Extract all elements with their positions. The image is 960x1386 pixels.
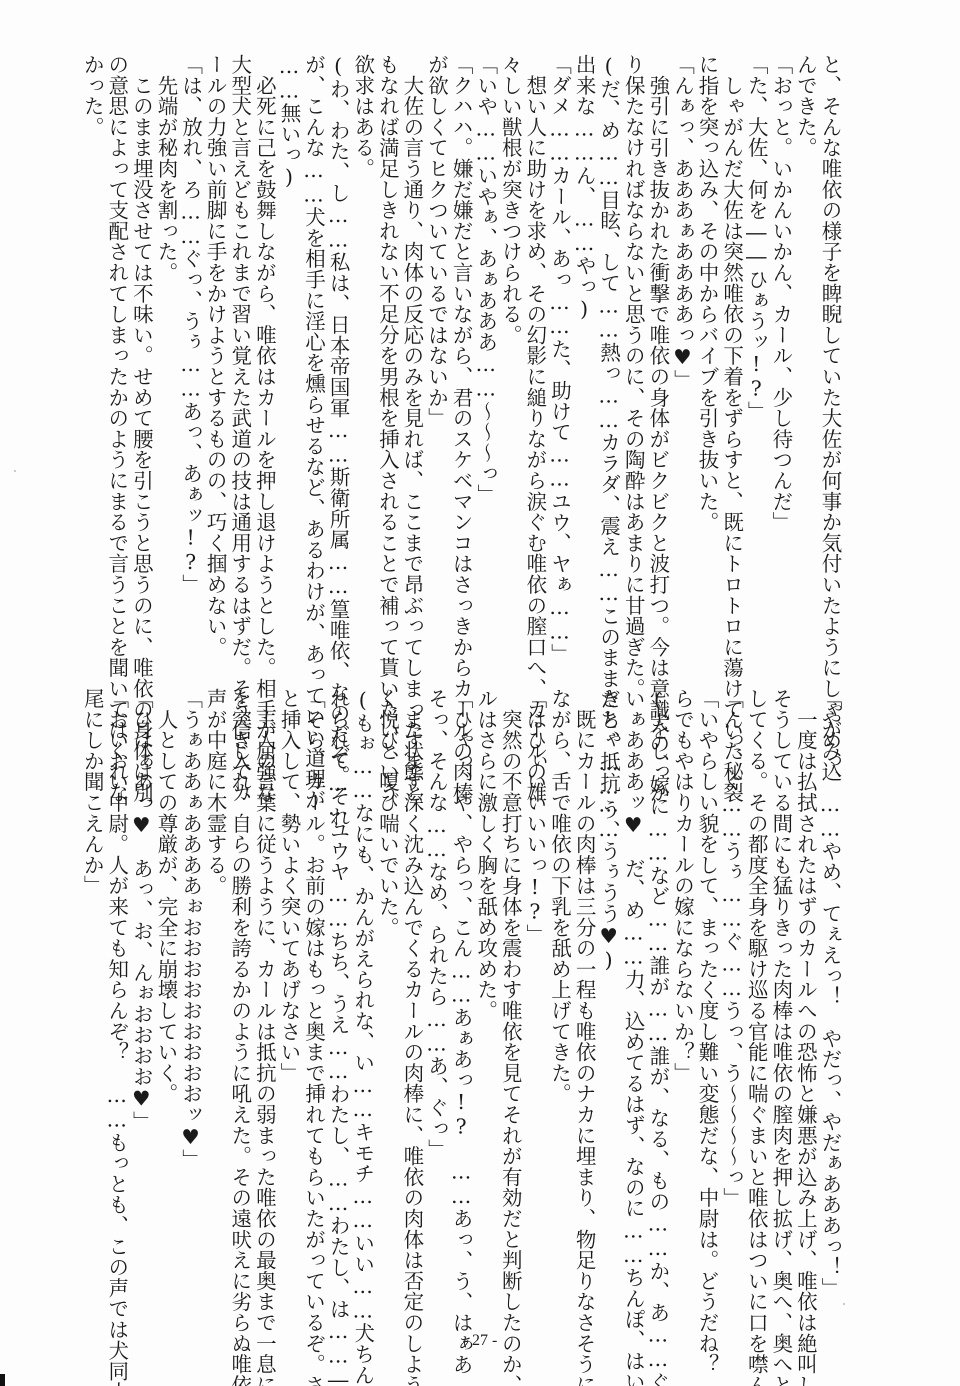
text-column: かった。 [80,54,105,674]
text-column: (もぉ……なにも、かんがえられな、い……キモチ……いい……犬ちんぽ……い [350,688,375,1316]
scan-dust [843,1303,845,1305]
text-column: 想い人に助けを求め、その幻影に縋りながら涙ぐむ唯依の膣口へ、カールの雄 [522,54,547,674]
text-column: 声が中庭に木霊する。 [203,688,228,1316]
text-column: 「ダメ……カール、あっ……た、助けて……ユウ、ヤぁ……」 [547,54,572,674]
text-column: 「ひゃっ、や、やらっ、こん……あぁあっ!? ……あっ、う、はぁあ……♥ [449,688,474,1316]
text-column: が欲しくてヒクついているではないか」 [424,54,449,674]
text-column: もなれば満足しきれない不足分を男根を挿入されることで補って貰いたいという [375,54,400,674]
text-column: の意思によって支配されてしまったかのようにまるで言うことを聞いてはくれな [104,54,129,674]
text-column: 々しい獣根が突きつけられる。 [498,54,523,674]
text-column: いぁあああッ♥ だ、め……力、込めてるはず、なのに……ちんぽ、はいって [621,688,646,1316]
text-column: に指を突っ込み、その中からバイブを引き抜いた。 [694,54,719,674]
text-column: らでもやはりカールの嫁にならないか？」 [670,688,695,1316]
text-column: 一度は払拭されたはずのカールへの恐怖と嫌悪が込み上げ、唯依は絶叫した。 [793,688,818,1316]
text-column: (わ、わた、し……私は、日本帝国軍……斯衛所属……篁唯依、なのだぞ。それ [326,54,351,674]
lower-text-block: 「やめっ、……やめ、てぇえっ！ やだっ、やだぁあああっ！」 一度は払拭されたはず… [142,688,842,1316]
text-column: (だ、め……目眩、して……熱っ……カラダ、震え……このままだと、抵抗…… [596,54,621,674]
text-column: 「んっ、ぐ……うぅ……ぐ……うっ、う〜〜〜〜っ」 [719,688,744,1316]
text-column: 「うぁああぁああああぉおおおおおおおおおッ♥」 [178,688,203,1316]
text-column: が、こんな……犬を相手に淫心を燻らせるなど、あるわけが、あっていい道理が [301,54,326,674]
text-column: そっ、そんな……なめ、られたら……あ、ぐっ」 [424,688,449,1316]
text-column: 欲求はある。 [350,54,375,674]
text-column: そうしている間にも猛りきった肉棒は唯依の膣肉を押し拡げ、奥へ、奥へと侵入 [768,688,793,1316]
text-column: きちゃ……う、うぅうう♥) [596,688,621,1316]
text-column: ……無いっ) [276,54,301,674]
text-column: 大佐の言う通り、肉体の反応のみを見れば、ここまで昂ぶってしまった状態と [399,54,424,674]
text-column: 出来な……ん、……やっ) [571,54,596,674]
text-column: 既にカールの肉棒は三分の一程も唯依のナカに埋まり、物足りなさそうに鳴き [571,688,596,1316]
text-column: と、そんな唯依の様子を睥睨していた大佐が何事か気付いたようにしゃがみ込 [817,54,842,674]
text-column: 大型犬と言えどもこれまで習い覚えた武道の技は通用するはずだ。そう信じてカ [227,54,252,674]
upper-text-block: と、そんな唯依の様子を睥睨していた大佐が何事か気付いたようにしゃがみ込 んできた… [142,54,842,674]
text-column: んできた。 [793,54,818,674]
text-column: 「ひはぁあっ♥ あっ、お、んぉおおおお♥」 [129,688,154,1316]
text-column: ながら、舌で唯依の下乳を舐め上げてきた。 [547,688,572,1316]
text-column: 「んぁっ、あああぁああああっ♥」 [670,54,695,674]
text-column: 「クハハ。嫌だ嫌だと言いながら、君のスケベマンコはさっきからカールの肉棒 [449,54,474,674]
text-column: 「は、放れ、ろ……ぐっ、うぅ……あっ、あぁッ!?」 [178,54,203,674]
text-column: 突然の不意打ちに身体を震わす唯依を見てそれが有効だと判断したのか、カー [498,688,523,1316]
text-column: く悦び、嗄び喘いでいた。 [375,688,400,1316]
text-column: (犬の、嫁に……など……誰が……誰が、なる、もの……か、あ……ぐ、ひぃい [645,688,670,1316]
text-column: 強引に引き抜かれた衝撃で唯依の身体がビクビクと波打つ。今は意識をしっか [645,54,670,674]
text-column: 「いや……いやぁ、あぁあああ……〜〜〜っ」 [473,54,498,674]
text-column: 「そら、カール。お前の嫁はもっと奥まで挿れてもらいたがっているぞ。さっさ [301,688,326,1316]
text-column: してくる。その都度全身を駆け巡る官能に喘ぐまいと唯依はついに口を噤んだ。 [744,688,769,1316]
text-column: 「た、大佐、何を――ひぁうッ!?」 [744,54,769,674]
text-column: ールの力強い前脚に手をかけようとするものの、巧く掴めない。 [203,54,228,674]
text-column: 尾にしか聞こえんか」 [80,688,105,1316]
page-number: - 27 - [0,1332,960,1350]
text-column: れられて……ユウヤ……ちち、うえ……わたし、……わたし、は……――) [326,688,351,1316]
scan-dust [14,470,16,472]
text-column: ますます深く沈み込んでくるカールの肉棒に、唯依の肉体は否定のしようもな [399,688,424,1316]
text-column: 「やめっ、……やめ、てぇえっ！ やだっ、やだぁあああっ！」 [817,688,842,1316]
text-column: を突き入れ、自らの勝利を誇るかのように吼えた。その遠吠えに劣らぬ唯依の嬌 [227,688,252,1316]
text-column: ルはさらに激しく胸を舐め攻めた。 [473,688,498,1316]
text-column: このまま埋没させては不味い。せめて腰を引こうと思うのに、唯依の身体は別 [129,54,154,674]
text-column: 必死に己を鼓舞しながら、唯依はカールを押し退けようとした。相手が屈強な [252,54,277,674]
text-column: 主人の言葉に従うように、カールは抵抗の弱まった唯依の最奥まで一息に肉棒 [252,688,277,1316]
text-column: 先端が秘肉を割った。 [153,54,178,674]
scan-edge-mark [0,1374,5,1386]
text-column: しゃがんだ大佐は突然唯依の下着をずらすと、既にトロトロに蕩けていた秘裂 [719,54,744,674]
text-column: 「おっと。いかんいかん、カール、少し待つんだ」 [768,54,793,674]
text-column: と挿入して、勢いよく突いてあげなさい」 [276,688,301,1316]
text-column: 人としての尊厳が、完全に崩壊していく。 [153,688,178,1316]
text-column: り保たなければならないと思うのに、その陶酔はあまりに甘過ぎた。 [621,54,646,674]
text-column: 「いやらしい貌をして、まったく度し難い変態だな、中尉は。どうだね？ 今か [694,688,719,1316]
text-column: 「おいおい中尉。人が来ても知らんぞ？ ……もっとも、この声では犬同士の交 [104,688,129,1316]
text-column: 「はひぃいいいいっ!?」 [522,688,547,1316]
